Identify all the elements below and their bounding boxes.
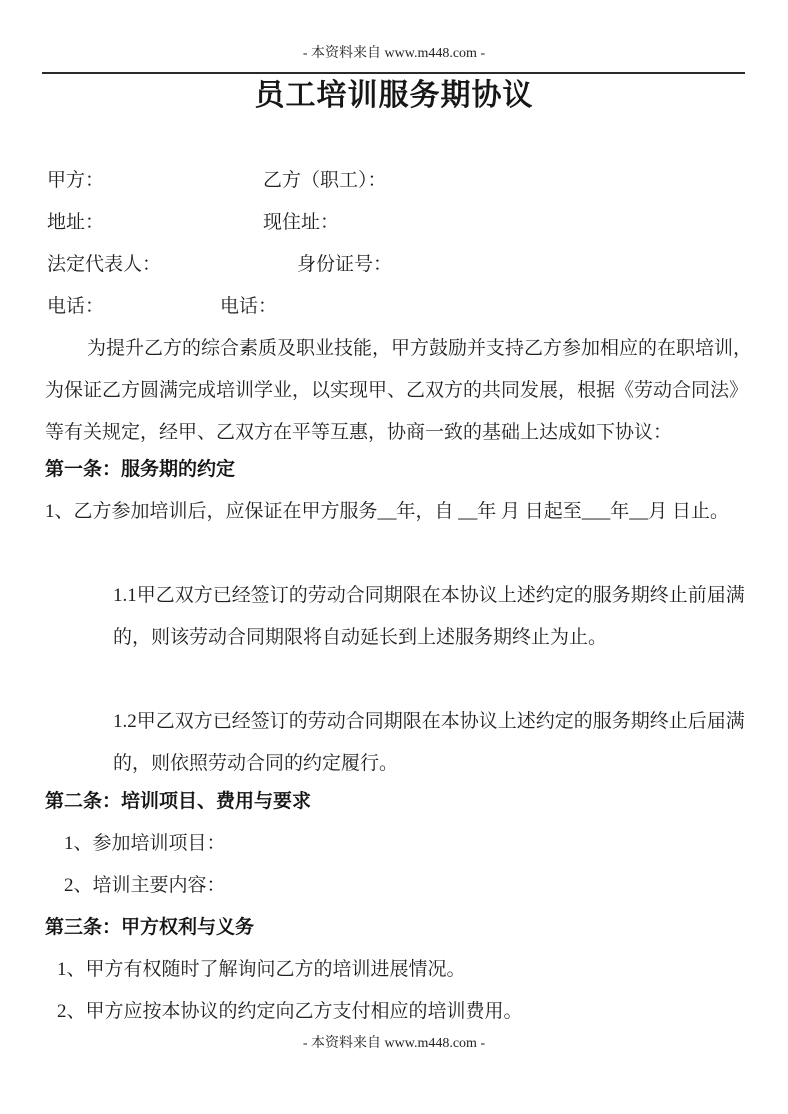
party-row: 甲方： 乙方（职工）： [47, 160, 745, 202]
training-project-item: 1、参加培训项目： [45, 823, 745, 865]
address-label: 地址： [47, 202, 104, 244]
party-a-right-item: 1、甲方有权随时了解询问乙方的培训进展情况。 [45, 949, 745, 991]
phone-a-label: 电话： [47, 286, 104, 328]
section-2-heading: 第二条：培训项目、费用与要求 [45, 781, 745, 823]
id-number-label: 身份证号： [297, 244, 392, 286]
document-page: - 本资料来自 www.m448.com - 员工培训服务期协议 甲方： 乙方（… [0, 0, 788, 1114]
footer-note: - 本资料来自 www.m448.com - [0, 1035, 788, 1053]
party-a-label: 甲方： [47, 160, 104, 202]
intro-line-2: 为保证乙方圆满完成培训学业，以实现甲、乙双方的共同发展，根据《劳动合同法》 [45, 370, 745, 412]
legal-rep-label: 法定代表人： [47, 244, 161, 286]
section-3-heading: 第三条：甲方权利与义务 [45, 907, 745, 949]
address-row: 地址： 现住址： [47, 202, 745, 244]
contract-body: 为提升乙方的综合素质及职业技能，甲方鼓励并支持乙方参加相应的在职培训， 为保证乙… [45, 328, 745, 1033]
clause-1-1-line-1: 1.1甲乙双方已经签订的劳动合同期限在本协议上述约定的服务期终止前届满 [45, 575, 745, 617]
clause-1-1-line-2: 的，则该劳动合同期限将自动延长到上述服务期终止为止。 [45, 617, 745, 659]
section-1-heading: 第一条：服务期的约定 [45, 449, 745, 491]
current-address-label: 现住址： [263, 202, 339, 244]
intro-line-3: 等有关规定，经甲、乙双方在平等互惠，协商一致的基础上达成如下协议： [45, 412, 745, 454]
clause-1-2-line-1: 1.2甲乙双方已经签订的劳动合同期限在本协议上述约定的服务期终止后届满 [45, 701, 745, 743]
phone-b-label: 电话： [220, 286, 277, 328]
training-content-item: 2、培训主要内容： [45, 865, 745, 907]
document-title: 员工培训服务期协议 [0, 76, 788, 116]
header-note: - 本资料来自 www.m448.com - [0, 0, 788, 63]
blank-line [45, 659, 745, 701]
phone-row: 电话： 电话： [47, 286, 745, 328]
party-b-label: 乙方（职工）： [263, 160, 387, 202]
header-divider [42, 72, 745, 74]
blank-line [45, 533, 745, 575]
service-term-clause: 1、乙方参加培训后，应保证在甲方服务__年，自 __年 月 日起至___年__月… [45, 491, 745, 533]
intro-line-1: 为提升乙方的综合素质及职业技能，甲方鼓励并支持乙方参加相应的在职培训， [45, 328, 745, 370]
party-a-duty-item: 2、甲方应按本协议的约定向乙方支付相应的培训费用。 [45, 991, 745, 1033]
clause-1-2-line-2: 的，则依照劳动合同的约定履行。 [45, 743, 745, 785]
legal-rep-row: 法定代表人： 身份证号： [47, 244, 745, 286]
party-info-fields: 甲方： 乙方（职工）： 地址： 现住址： 法定代表人： 身份证号： 电话： 电话… [47, 160, 745, 328]
